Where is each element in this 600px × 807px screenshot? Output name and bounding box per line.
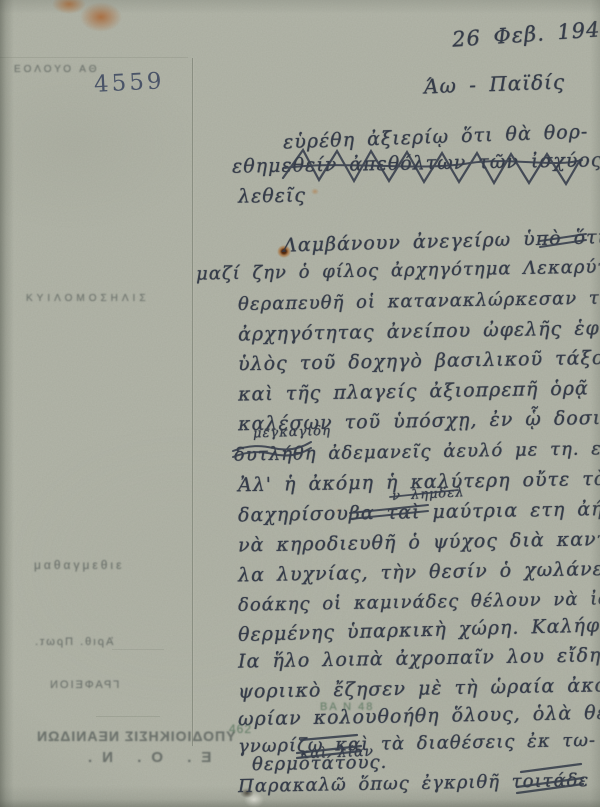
horizontal-crease: [0, 57, 188, 58]
bleedthrough-fragment: ΚΥΙΛΟΜΟΣΗΛΙΣ: [26, 293, 150, 304]
fold-crease: [192, 58, 193, 746]
bleedthrough-fragment: ΓΡΑΦΕΙΟΝ: [48, 679, 119, 691]
scanned-letter-page: 26 Φεβ. 1944 Άω - Παϊδίς 4559 εὑρέθη ἀξι…: [0, 0, 600, 807]
handwritten-line: μεγκαγιδη: [253, 424, 331, 442]
addressee-heading: Άω - Παϊδίς: [424, 70, 566, 99]
bleedthrough-fragment: ΕΟΛΟΥΟ ΑΘ: [14, 64, 100, 75]
reference-number: 4559: [93, 68, 165, 98]
handwritten-line: λεθεῖς: [238, 184, 306, 207]
letterhead-rule-bleedthrough: [96, 716, 160, 717]
bleedthrough-fragment: Ἀριθ. Πρωτ.: [33, 636, 113, 648]
dotted-rule-bleedthrough: [112, 649, 164, 650]
bleedthrough-fragment: Ε. Ο. Ν.: [78, 749, 211, 766]
bleedthrough-fragment: ΥΠΟΔΙΟΙΚΗΣΙΣ ΝΕΑΝΙΔΩΝ: [36, 728, 235, 744]
bleedthrough-fragment: ΒΑ Ν 48: [320, 701, 374, 713]
handwritten-line: θερμοτάτους.: [252, 752, 388, 775]
bleedthrough-fragment: 462: [229, 722, 252, 736]
bleedthrough-fragment: μαθαγμεθιε: [34, 558, 124, 572]
